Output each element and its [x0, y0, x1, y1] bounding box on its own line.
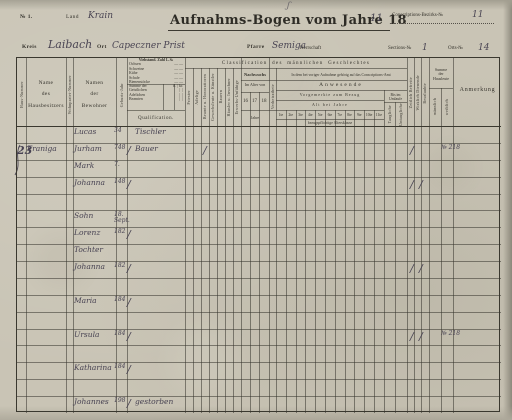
- scanned-census-sheet: № 1. Land Krain ʃ Aufnahms-Bogen vom Jah…: [0, 0, 512, 420]
- row-cell-rc1: ∕: [410, 179, 418, 190]
- land-value-handwriting: Krain: [88, 11, 113, 21]
- pfarre-label: Pfarre: [247, 44, 265, 50]
- row-cell-rc1: ∕: [410, 331, 418, 342]
- row-cell-qual: Tischler: [135, 128, 185, 136]
- anwesende-title: Anwesende: [277, 80, 405, 90]
- married-column-header: Verheirathete: [269, 70, 276, 124]
- table-row: [17, 345, 501, 362]
- livestock-col2: L.№: [166, 58, 173, 62]
- sum-col-male: männlich: [429, 90, 441, 124]
- alt-bei-jahre-label: Alt bei Jahre: [277, 101, 383, 110]
- age-col-label: 9te: [354, 110, 364, 119]
- right-col-befreite: Zeitlich Befreite: [407, 62, 414, 124]
- row-cell-check: ∕: [127, 297, 135, 308]
- class-col-priester: Priester: [185, 70, 193, 124]
- ort-value: Capeczner Prist: [112, 41, 185, 51]
- sheet-number: № 1.: [20, 14, 33, 20]
- class-col-beamte: Beamte u. Honoratioren: [201, 70, 209, 124]
- kreis-value: Laibach: [48, 38, 92, 51]
- grid-line: [429, 88, 453, 89]
- sum-col-female: weiblich: [441, 90, 453, 124]
- kreis-label: Kreis: [22, 44, 37, 50]
- umlauf-col-tauglich: Taugliche: [384, 103, 395, 125]
- qualification-band: Qualification.: [127, 110, 185, 126]
- row-cell-check: ∕: [127, 145, 135, 156]
- house-number-column-header: Haus-Nummer: [17, 66, 26, 124]
- class-col-adelige: Adelige: [193, 70, 201, 124]
- table-row: Johanna182∕∕∕: [17, 261, 501, 278]
- prior-enrollment-note: In dem bei voriger Aufnahme gehörig auf …: [277, 69, 405, 80]
- row-cell-check: ∕: [127, 398, 135, 409]
- row-cell-anm: № 218: [441, 145, 497, 151]
- livestock-box: Viehstand. Zahl L.№ Ochsen— — Schweine— …: [127, 58, 185, 84]
- class-col-unfaehige: Erwerbs-Unfähige: [233, 70, 241, 124]
- inhabitants-column-header: Namen der Bewohner: [73, 66, 116, 124]
- right-col-dienende: Wirklich Dienende: [414, 62, 421, 124]
- row-cell-check: ∕: [127, 229, 135, 240]
- row-cell-bew: Johanna: [74, 179, 116, 187]
- row-cell-rc2: ∕: [419, 331, 427, 342]
- row-cell-bew: Katharina: [74, 364, 116, 372]
- row-cell-bew: Lucas: [74, 128, 116, 136]
- table-row: 23FranigaJurham748∕Bauer∕∕№ 218: [17, 143, 501, 160]
- age-col-label: 3te: [296, 110, 306, 119]
- grid-line: [163, 84, 164, 110]
- grid-line: [174, 84, 175, 110]
- vorgemerkte-sub: Vorgemerkte zum Bezug: [277, 91, 383, 100]
- table-row: Johannes198∕gestorben: [17, 396, 501, 413]
- row-cell-bew: Sohn: [74, 212, 116, 220]
- class-col-haeusler: Häusler u. Inwohner: [225, 70, 233, 124]
- grid-line: [127, 84, 185, 85]
- table-row: Ursula184∕∕∕№ 218: [17, 329, 501, 346]
- table-row: [17, 379, 501, 396]
- table-row: Maria184∕: [17, 295, 501, 312]
- row-cell-check: ∕: [127, 331, 135, 342]
- table-row: Katharina184∕: [17, 362, 501, 379]
- herrschaft-label: Herrschaft: [300, 46, 321, 51]
- row-cell-rc2: ∕: [419, 263, 427, 274]
- anmerkung-header: Anmerkung: [454, 84, 501, 96]
- row-cell-check: ∕: [127, 263, 135, 274]
- row-cell-bew: Mark: [74, 162, 116, 170]
- conscription-value: 11: [472, 10, 483, 20]
- grid-line: [185, 68, 407, 69]
- table-row: [17, 312, 501, 329]
- age-col-label: 5te: [315, 110, 325, 119]
- row-cell-bew: Johanna: [74, 263, 116, 271]
- class-col-gewerbe: Gewerbsleute u. Künstler: [209, 70, 217, 124]
- age-col-label: 10te: [364, 110, 374, 119]
- age-16: 16: [241, 92, 250, 110]
- grid-line: [276, 119, 384, 120]
- title-underline: [168, 30, 390, 31]
- ort-label: Ort: [97, 44, 107, 50]
- row-cell-owner: Franiga: [27, 145, 69, 153]
- livestock-col1: Zahl: [157, 58, 165, 62]
- row-cell-qual: gestorben: [135, 398, 185, 406]
- umlauf-col-untauglich: Untaugliche: [395, 103, 407, 125]
- row-cell-qual: Bauer: [135, 145, 185, 153]
- year-handwriting: 11: [370, 13, 383, 24]
- umlauf-box-label: Bis im Umlaufe: [384, 91, 407, 102]
- conscription-underline: [390, 23, 494, 24]
- owner-column-header: Name des Hausbesitzers: [26, 66, 66, 124]
- grid-line: [276, 90, 407, 91]
- conscription-label: Conscriptions-Bezirks-№: [392, 13, 443, 18]
- orts-value: 14: [478, 43, 489, 53]
- row-cell-anm: № 218: [441, 331, 497, 337]
- row-cell-qcheck: ∕: [203, 145, 211, 156]
- table-row: [17, 194, 501, 211]
- party-number-column-header: Wohnpartei-Nummer: [66, 66, 73, 124]
- table-row: Tochter: [17, 244, 501, 261]
- age-17: 17: [250, 92, 259, 110]
- right-col-beurlaubte: Beurlaubte: [421, 62, 429, 124]
- age-col-label: 7te: [335, 110, 345, 119]
- row-cell-year: 7.: [114, 162, 129, 168]
- table-row: Mark7.: [17, 160, 501, 177]
- row-cell-check: ∕: [127, 179, 135, 190]
- census-table: Classification des männlichen Geschlecht…: [16, 57, 500, 412]
- row-cell-bew: Maria: [74, 297, 116, 305]
- age-col-label: 8te: [345, 110, 355, 119]
- grid-line: [241, 92, 269, 93]
- age-18: 18: [259, 92, 269, 110]
- row-cell-bew: Lorenz: [74, 229, 116, 237]
- land-label: Land: [66, 14, 79, 20]
- age-col-label: 6te: [325, 110, 335, 119]
- nachwuchs-title: Nachwuchs: [241, 69, 269, 79]
- age-col-label: 2te: [286, 110, 296, 119]
- grid-line: [127, 110, 185, 111]
- row-cell-check: ∕: [127, 364, 135, 375]
- age-class-footer: bezugspflichtige Altersklasse: [277, 119, 383, 126]
- row-cell-bew: Jurham: [74, 145, 116, 153]
- table-row: [17, 278, 501, 295]
- row-cell-rc1: ∕: [410, 263, 418, 274]
- row-cell-bew: Ursula: [74, 331, 116, 339]
- ages-unit: Jahre: [241, 110, 269, 126]
- grid-line: [384, 102, 407, 103]
- sections-value: 1: [422, 43, 428, 53]
- grid-line: [241, 110, 384, 111]
- table-row: Lorenz182∕: [17, 227, 501, 244]
- summary-box: Summe der fl. | kr. Geistlichen| | Adeli…: [127, 84, 185, 110]
- summary-row: Beamten| |: [127, 97, 185, 101]
- row-cell-year: 34: [114, 128, 129, 134]
- sections-label: Sections-№: [388, 46, 411, 51]
- orts-label: Orts-№: [448, 46, 463, 51]
- sum-of-household-header: Summe der Hausleute: [429, 61, 453, 88]
- row-cell-bew: Tochter: [74, 246, 116, 254]
- table-row: Lucas34Tischler: [17, 126, 501, 143]
- row-cell-rc2: ∕: [419, 179, 427, 190]
- table-row: Sohn18. Sept.: [17, 210, 501, 227]
- nachwuchs-sub: Im Alter von: [241, 80, 269, 91]
- table-row: Johanna148∕∕∕: [17, 177, 501, 194]
- row-cell-year: 18. Sept.: [114, 212, 129, 223]
- grid-line: [241, 80, 407, 81]
- age-col-label: 1te: [276, 110, 286, 119]
- classification-banner: Classification des männlichen Geschlecht…: [185, 58, 407, 68]
- class-col-bauern: Bauern: [217, 70, 225, 124]
- age-col-label: 4te: [305, 110, 315, 119]
- row-cell-bew: Johannes: [74, 398, 116, 406]
- row-cell-rc1: ∕: [410, 145, 418, 156]
- birth-year-column-header: Geburts-Jahr: [116, 66, 127, 124]
- age-col-label: 11te: [374, 110, 384, 119]
- grid-line: [276, 100, 384, 101]
